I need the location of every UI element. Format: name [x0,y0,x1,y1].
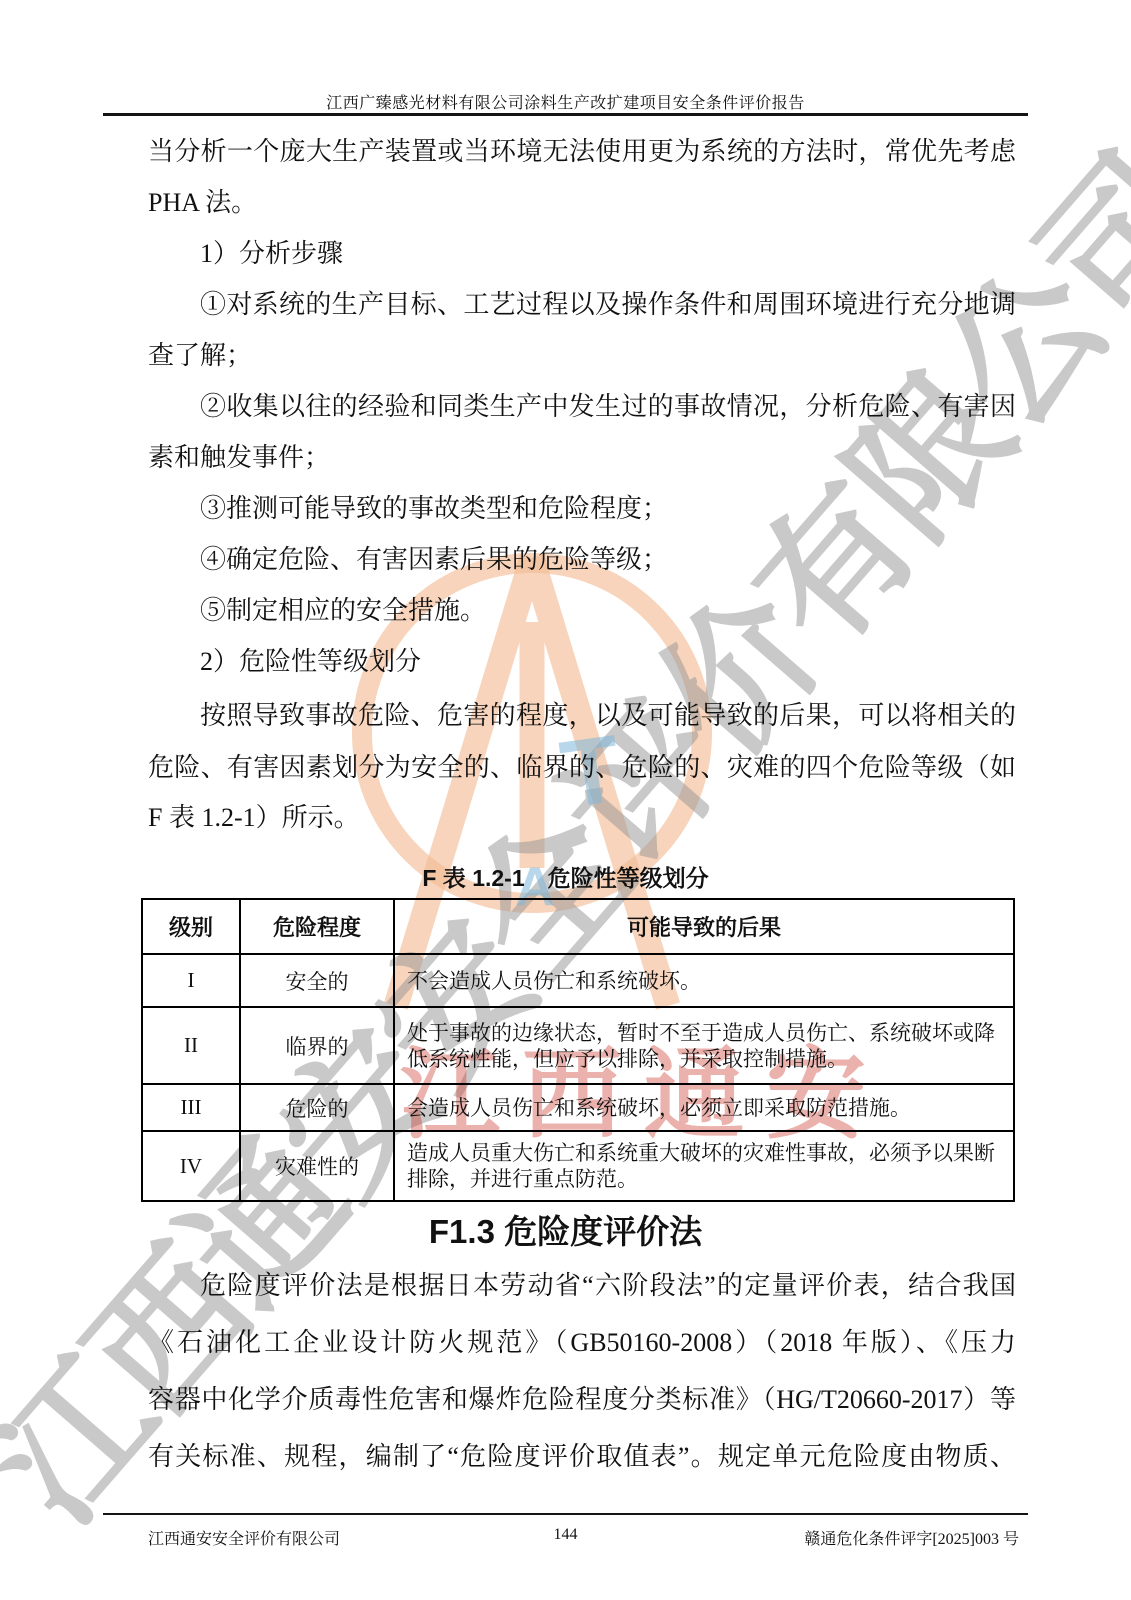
body-line: 危险、有害因素划分为安全的、临界的、危险的、灾难的四个危险等级（如 [148,751,1016,785]
page-header-title: 江西广臻感光材料有限公司涂料生产改扩建项目安全条件评价报告 [0,90,1131,113]
report-page: 江西通安安全评价有限公司 T A 江西通安 江西广臻感光材料有限公司涂料生产改扩… [0,0,1131,1600]
cell-degree: 安全的 [240,954,394,1007]
table-caption: F 表 1.2-1 危险性等级划分 [0,860,1131,893]
body-line: 查了解； [148,339,1016,373]
table-row: IV 灾难性的 造成人员重大伤亡和系统重大破坏的灾难性事故，必须予以果断排除，并… [142,1131,1014,1201]
body-line: ③推测可能导致的事故类型和危险程度； [148,492,1016,526]
column-header-level: 级别 [142,899,240,954]
body-line: 《石油化工企业设计防火规范》（GB50160-2008）（2018 年版）、《压… [148,1325,1016,1361]
body-line: ①对系统的生产目标、工艺过程以及操作条件和周围环境进行充分地调 [148,288,1016,322]
content-layer: 江西广臻感光材料有限公司涂料生产改扩建项目安全条件评价报告 当分析一个庞大生产装… [0,0,1131,1600]
body-line: ④确定危险、有害因素后果的危险等级； [148,543,1016,577]
cell-level: III [142,1084,240,1131]
body-line: 按照导致事故危险、危害的程度，以及可能导致的后果，可以将相关的 [148,699,1016,733]
body-line: 容器中化学介质毒性危害和爆炸危险程度分类标准》（HG/T20660-2017）等 [148,1382,1016,1418]
cell-degree: 灾难性的 [240,1131,394,1201]
cell-consequence: 处于事故的边缘状态，暂时不至于造成人员伤亡、系统破坏或降低系统性能，但应予以排除… [394,1007,1014,1084]
body-line: ②收集以往的经验和同类生产中发生过的事故情况，分析危险、有害因 [148,390,1016,424]
cell-consequence: 不会造成人员伤亡和系统破坏。 [394,954,1014,1007]
body-line: ⑤制定相应的安全措施。 [148,594,1016,628]
risk-grade-table: 级别 危险程度 可能导致的后果 I 安全的 不会造成人员伤亡和系统破坏。 II … [141,898,1015,1202]
column-header-consequence: 可能导致的后果 [394,899,1014,954]
section-heading: F1.3 危险度评价法 [0,1206,1131,1253]
body-line: 当分析一个庞大生产装置或当环境无法使用更为系统的方法时，常优先考虑 [148,135,1016,169]
body-line: 危险度评价法是根据日本劳动省“六阶段法”的定量评价表，结合我国 [148,1268,1016,1304]
table-row: I 安全的 不会造成人员伤亡和系统破坏。 [142,954,1014,1007]
cell-level: IV [142,1131,240,1201]
header-rule [103,113,1028,116]
footer-doc-number: 赣通危化条件评字[2025]003 号 [804,1526,1019,1549]
cell-consequence: 造成人员重大伤亡和系统重大破坏的灾难性事故，必须予以果断排除，并进行重点防范。 [394,1131,1014,1201]
cell-consequence: 会造成人员伤亡和系统破坏，必须立即采取防范措施。 [394,1084,1014,1131]
table-row: II 临界的 处于事故的边缘状态，暂时不至于造成人员伤亡、系统破坏或降低系统性能… [142,1007,1014,1084]
cell-level: I [142,954,240,1007]
body-line: 1）分析步骤 [148,237,1016,271]
column-header-degree: 危险程度 [240,899,394,954]
table-row: III 危险的 会造成人员伤亡和系统破坏，必须立即采取防范措施。 [142,1084,1014,1131]
table-header-row: 级别 危险程度 可能导致的后果 [142,899,1014,954]
cell-degree: 临界的 [240,1007,394,1084]
body-line: 素和触发事件； [148,441,1016,475]
body-line: PHA 法。 [148,186,1016,220]
cell-degree: 危险的 [240,1084,394,1131]
body-line: 有关标准、规程，编制了“危险度评价取值表”。规定单元危险度由物质、 [148,1439,1016,1475]
body-line: 2）危险性等级划分 [148,645,1016,679]
cell-level: II [142,1007,240,1084]
body-line: F 表 1.2-1）所示。 [148,801,1016,835]
footer-rule [103,1513,1028,1515]
